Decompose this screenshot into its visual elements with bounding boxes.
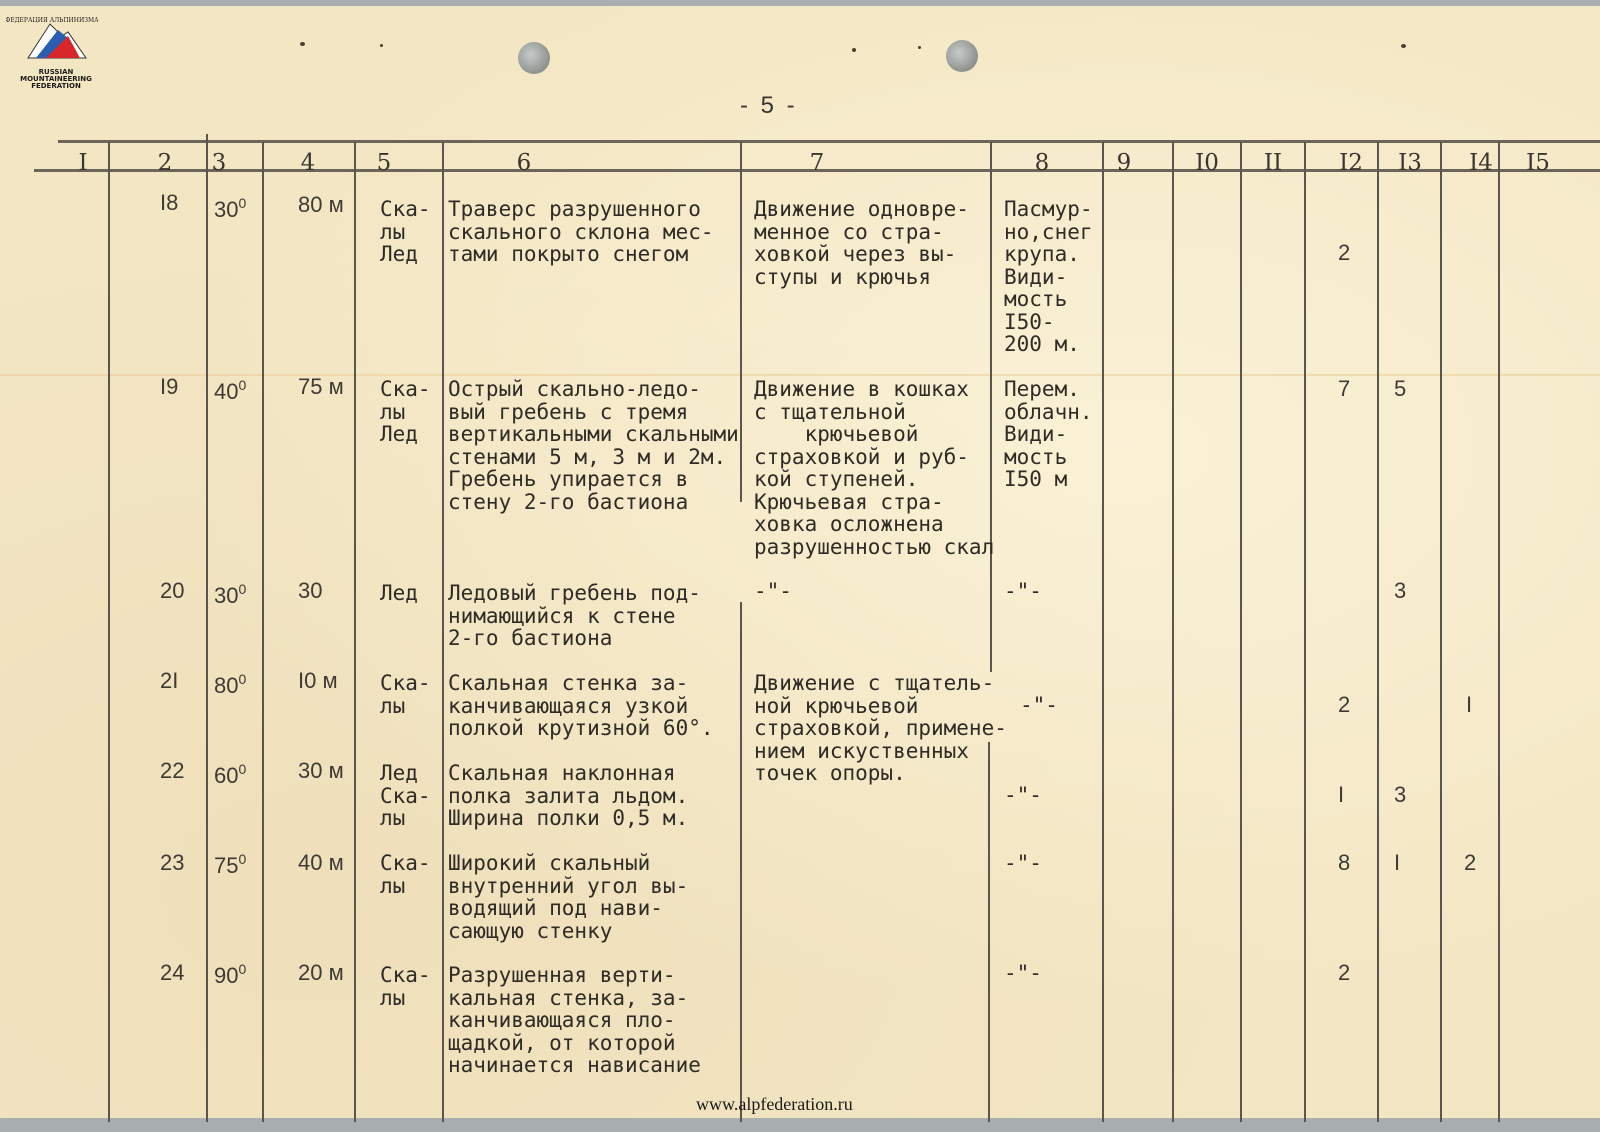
column-divider bbox=[1498, 142, 1500, 1122]
col12-value: 7 bbox=[1338, 378, 1350, 401]
terrain-description: Скальная стенка за- канчивающаяся узкой … bbox=[448, 672, 714, 740]
terrain-description: Ледовый гребень под- нимающийся к стене … bbox=[448, 582, 701, 650]
federation-logo: ФЕДЕРАЦИЯ АЛЬПИНИЗМА RUSSIAN MOUNTAINEER… bbox=[6, 14, 98, 88]
paper-speck bbox=[1401, 44, 1406, 48]
movement-method: -"- bbox=[754, 580, 792, 603]
segment-number: 23 bbox=[160, 852, 184, 875]
movement-method: Движение в кошках с тщательной крючьевой… bbox=[754, 378, 994, 558]
weather-conditions: -"- bbox=[1020, 694, 1058, 717]
weather-conditions: -"- bbox=[1004, 784, 1042, 807]
table-top-rule bbox=[58, 140, 1600, 143]
col-header-5: 5 bbox=[356, 150, 412, 176]
weather-conditions: Перем. облачн. Види- мость I50 м bbox=[1004, 378, 1093, 491]
col13-value: 3 bbox=[1394, 580, 1406, 603]
terrain-type: Лед bbox=[380, 582, 418, 605]
segment-number: I8 bbox=[160, 192, 178, 215]
col-header-1: I bbox=[60, 150, 106, 176]
col-header-15: I5 bbox=[1500, 150, 1576, 176]
terrain-type: Ска- лы Лед bbox=[380, 198, 431, 266]
segment-length: 80 м bbox=[298, 194, 344, 217]
terrain-type: Ска- лы bbox=[380, 852, 431, 897]
weather-conditions: -"- bbox=[1004, 580, 1042, 603]
svg-text:ФЕДЕРАЦИЯ АЛЬПИНИЗМА: ФЕДЕРАЦИЯ АЛЬПИНИЗМА bbox=[6, 17, 98, 24]
col-header-13: I3 bbox=[1379, 150, 1441, 176]
segment-number: 24 bbox=[160, 962, 184, 985]
column-divider bbox=[740, 602, 742, 1122]
column-divider bbox=[354, 142, 356, 1122]
column-divider bbox=[262, 142, 264, 1122]
website-watermark: www.alpfederation.ru bbox=[696, 1094, 853, 1115]
column-divider bbox=[108, 142, 110, 1122]
col-header-4: 4 bbox=[264, 150, 352, 176]
mountain-logo-icon: ФЕДЕРАЦИЯ АЛЬПИНИЗМА bbox=[6, 14, 98, 74]
terrain-description: Траверс разрушенного скального склона ме… bbox=[448, 198, 714, 266]
terrain-description: Острый скально-ледо- вый гребень с тремя… bbox=[448, 378, 739, 513]
weather-conditions: Пасмур- но,снег крупа. Види- мость I50- … bbox=[1004, 198, 1093, 356]
segment-number: 2I bbox=[160, 670, 178, 693]
segment-length: 40 м bbox=[298, 852, 344, 875]
slope-angle: 400 bbox=[214, 374, 246, 404]
col-header-3: 3 bbox=[208, 150, 230, 176]
paper-speck bbox=[918, 46, 921, 49]
col12-value: 2 bbox=[1338, 242, 1350, 265]
terrain-type: Ска- лы Лед bbox=[380, 378, 431, 446]
terrain-description: Широкий скальный внутренний угол вы- вод… bbox=[448, 852, 688, 942]
terrain-description: Разрушенная верти- кальная стенка, за- к… bbox=[448, 964, 701, 1077]
slope-angle: 900 bbox=[214, 958, 246, 988]
segment-number: 20 bbox=[160, 580, 184, 603]
col14-value: I bbox=[1466, 694, 1472, 717]
segment-length: I0 м bbox=[298, 670, 338, 693]
segment-length: 20 м bbox=[298, 962, 344, 985]
punch-hole bbox=[946, 40, 978, 72]
page-number: - 5 - bbox=[740, 92, 798, 120]
segment-length: 30 м bbox=[298, 760, 344, 783]
col-header-9: 9 bbox=[1104, 150, 1144, 176]
column-divider bbox=[1377, 142, 1379, 1122]
terrain-description: Скальная наклонная полка залита льдом. Ш… bbox=[448, 762, 688, 830]
col12-value: 8 bbox=[1338, 852, 1350, 875]
slope-angle: 300 bbox=[214, 192, 246, 222]
col12-value: 2 bbox=[1338, 962, 1350, 985]
segment-length: 75 м bbox=[298, 376, 344, 399]
terrain-type: Ска- лы bbox=[380, 964, 431, 1009]
col-header-11: II bbox=[1242, 150, 1304, 176]
column-divider bbox=[206, 134, 208, 1122]
segment-number: 22 bbox=[160, 760, 184, 783]
paper-speck bbox=[852, 48, 856, 52]
col-header-10: I0 bbox=[1174, 150, 1240, 176]
col13-value: 5 bbox=[1394, 378, 1406, 401]
movement-method: Движение одновре- менное со стра- ховкой… bbox=[754, 198, 969, 288]
slope-angle: 800 bbox=[214, 668, 246, 698]
paper-speck bbox=[300, 42, 305, 46]
col12-value: I bbox=[1338, 784, 1344, 807]
terrain-type: Ска- лы bbox=[380, 672, 431, 717]
weather-conditions: -"- bbox=[1004, 962, 1042, 985]
segment-number: I9 bbox=[160, 376, 178, 399]
column-divider bbox=[1172, 142, 1174, 1122]
punch-hole bbox=[518, 42, 550, 74]
paper-speck bbox=[380, 44, 383, 47]
slope-angle: 750 bbox=[214, 848, 246, 878]
slope-angle: 600 bbox=[214, 758, 246, 788]
col13-value: 3 bbox=[1394, 784, 1406, 807]
logo-caption: RUSSIAN MOUNTAINEERING FEDERATION bbox=[16, 69, 96, 90]
column-divider bbox=[1102, 142, 1104, 1122]
col-header-8: 8 bbox=[992, 150, 1092, 176]
col-header-7: 7 bbox=[742, 150, 892, 176]
terrain-type: Лед Ска- лы bbox=[380, 762, 431, 830]
column-divider bbox=[442, 142, 444, 1122]
movement-method: Движение с тщатель- ной крючьевой страхо… bbox=[754, 672, 1007, 785]
slope-angle: 300 bbox=[214, 578, 246, 608]
document-page: ФЕДЕРАЦИЯ АЛЬПИНИЗМА RUSSIAN MOUNTAINEER… bbox=[0, 6, 1600, 1118]
column-divider bbox=[740, 142, 742, 502]
logo-line-3: FEDERATION bbox=[16, 83, 96, 90]
column-divider bbox=[1304, 142, 1306, 1122]
column-divider bbox=[988, 742, 990, 1122]
col14-value: 2 bbox=[1464, 852, 1476, 875]
weather-conditions: -"- bbox=[1004, 852, 1042, 875]
column-divider bbox=[1440, 142, 1442, 1122]
col13-value: I bbox=[1394, 852, 1400, 875]
col-header-6: 6 bbox=[444, 150, 604, 176]
segment-length: 30 bbox=[298, 580, 322, 603]
column-divider bbox=[1240, 142, 1242, 1122]
col12-value: 2 bbox=[1338, 694, 1350, 717]
col-header-2: 2 bbox=[140, 150, 190, 176]
